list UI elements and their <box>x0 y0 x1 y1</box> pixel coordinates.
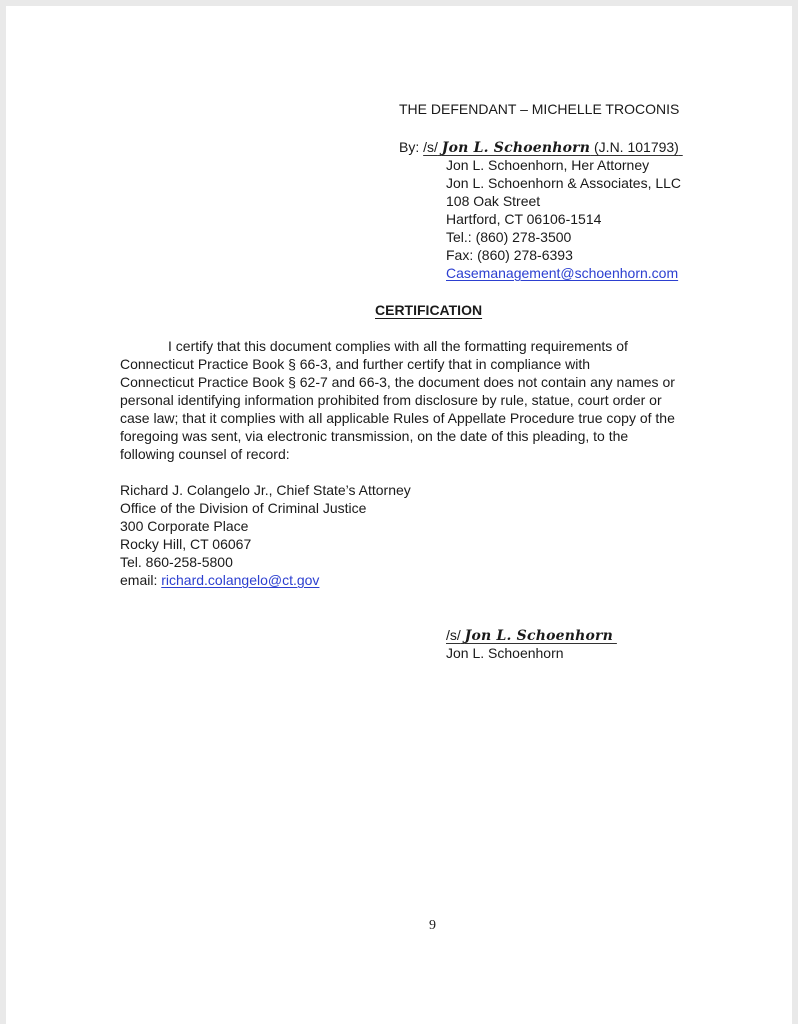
firm-email-link[interactable]: Casemanagement@schoenhorn.com <box>446 264 678 282</box>
closing-signature-script: Jon L. Schoenhorn <box>465 628 613 644</box>
document-page: THE DEFENDANT – MICHELLE TROCONIS By: /s… <box>6 6 792 1024</box>
closing-printed-name: Jon L. Schoenhorn <box>446 644 564 662</box>
paragraph-line: Connecticut Practice Book § 66-3, and fu… <box>120 355 590 373</box>
counsel-email-link[interactable]: richard.colangelo@ct.gov <box>161 572 319 588</box>
counsel-name: Richard J. Colangelo Jr., Chief State’s … <box>120 481 411 499</box>
paragraph-line: following counsel of record: <box>120 445 290 463</box>
paragraph-line: personal identifying information prohibi… <box>120 391 662 409</box>
counsel-email-line: email: richard.colangelo@ct.gov <box>120 571 319 589</box>
firm-line: Jon L. Schoenhorn & Associates, LLC <box>446 174 681 192</box>
juris-number: (J.N. 101793) <box>594 139 679 155</box>
s-mark: /s/ <box>423 139 438 155</box>
by-line: By: /s/ Jon L. Schoenhorn (J.N. 101793) <box>399 138 683 157</box>
page-number: 9 <box>429 917 436 935</box>
electronic-signature: /s/ Jon L. Schoenhorn (J.N. 101793) <box>423 139 683 155</box>
counsel-street: 300 Corporate Place <box>120 517 248 535</box>
paragraph-line: foregoing was sent, via electronic trans… <box>120 427 628 445</box>
counsel-city: Rocky Hill, CT 06067 <box>120 535 251 553</box>
certification-heading: CERTIFICATION <box>375 301 482 319</box>
city-line: Hartford, CT 06106-1514 <box>446 210 601 228</box>
closing-s-mark: /s/ <box>446 627 461 643</box>
tel-line: Tel.: (860) 278-3500 <box>446 228 571 246</box>
paragraph-line: case law; that it complies with all appl… <box>120 409 675 427</box>
by-label: By: <box>399 139 419 155</box>
counsel-email-label: email: <box>120 572 157 588</box>
paragraph-line: I certify that this document complies wi… <box>168 337 628 355</box>
counsel-office: Office of the Division of Criminal Justi… <box>120 499 366 517</box>
closing-electronic-signature: /s/ Jon L. Schoenhorn <box>446 627 617 643</box>
fax-line: Fax: (860) 278-6393 <box>446 246 573 264</box>
signature-script: Jon L. Schoenhorn <box>442 140 590 156</box>
street-line: 108 Oak Street <box>446 192 540 210</box>
party-line: THE DEFENDANT – MICHELLE TROCONIS <box>399 100 679 118</box>
counsel-tel: Tel. 860-258-5800 <box>120 553 233 571</box>
paragraph-line: Connecticut Practice Book § 62-7 and 66-… <box>120 373 675 391</box>
attorney-line: Jon L. Schoenhorn, Her Attorney <box>446 156 649 174</box>
closing-signature-line: /s/ Jon L. Schoenhorn <box>446 626 617 645</box>
